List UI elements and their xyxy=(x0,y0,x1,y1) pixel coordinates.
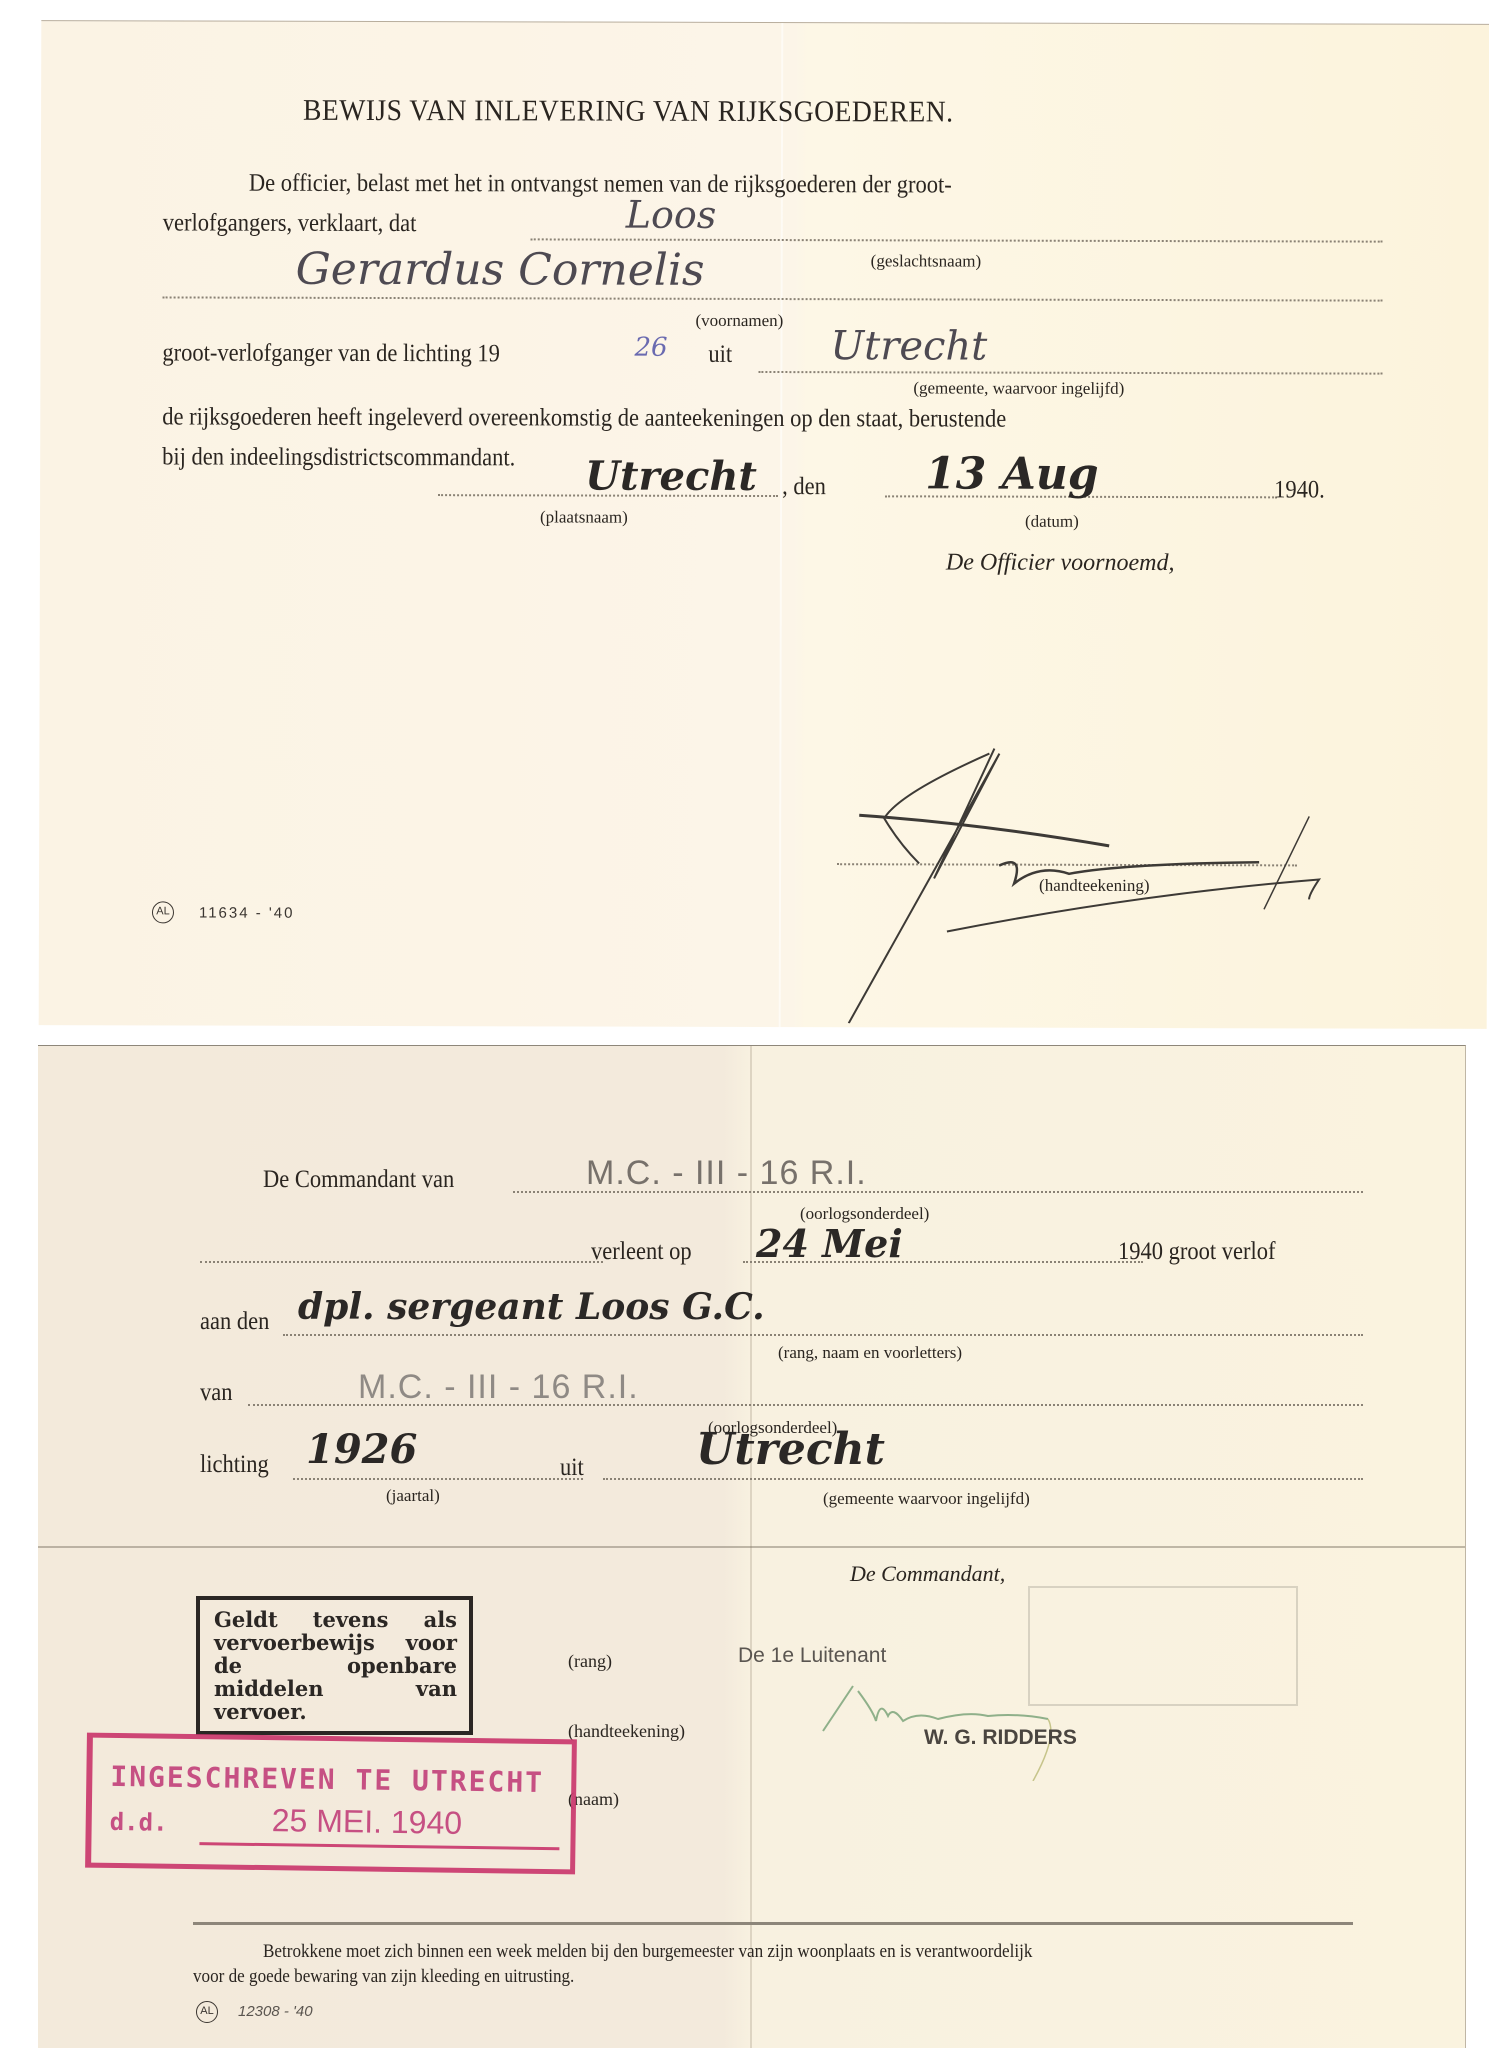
paragraph-word: , den xyxy=(782,473,826,501)
rank-name-field-line xyxy=(283,1334,1363,1336)
paragraph-line: groot-verlofganger van de lichting 19 xyxy=(162,339,499,368)
paragraph-word: uit xyxy=(560,1454,584,1482)
receipt-form-sheet: BEWIJS VAN INLEVERING VAN RIJKSGOEDEREN.… xyxy=(39,20,1489,1029)
unit-stamp-value: M.C. - III - 16 R.I. xyxy=(586,1154,867,1193)
field-label: (rang) xyxy=(568,1651,612,1672)
paragraph-line: verleent op xyxy=(591,1238,692,1266)
gemeente-field-line xyxy=(603,1478,1363,1480)
firstnames-field-line xyxy=(163,296,1383,301)
field-label: (handteekening) xyxy=(568,1721,685,1742)
date-value: 13 Aug xyxy=(925,448,1099,499)
stamp-underline xyxy=(199,1842,559,1850)
gemeente-value: Utrecht xyxy=(696,1424,885,1475)
form-number: 12308 - '40 xyxy=(238,2003,313,2020)
rank-stamp-value: De 1e Luitenant xyxy=(738,1644,886,1668)
firstnames-value: Gerardus Cornelis xyxy=(296,244,705,296)
stamp-date: 25 MEI. 1940 xyxy=(271,1802,462,1842)
field-label: (geslachtsnaam) xyxy=(871,251,982,271)
field-label: (plaatsnaam) xyxy=(540,507,628,527)
gemeente-field-line xyxy=(758,371,1382,375)
paragraph-word: lichting xyxy=(200,1451,269,1479)
surname-field-line xyxy=(531,238,1383,242)
paragraph-line: de rijksgoederen heeft ingeleverd overee… xyxy=(162,403,1006,433)
paragraph-line: 1940 groot verlof xyxy=(1118,1238,1275,1266)
registration-stamp: INGESCHREVEN TE UTRECHT d.d. 25 MEI. 194… xyxy=(85,1733,577,1875)
al-printer-logo-icon: AL xyxy=(152,901,174,923)
paragraph-word: van xyxy=(200,1379,232,1407)
stamp-dd: d.d. xyxy=(110,1808,168,1837)
gemeente-value: Utrecht xyxy=(830,323,987,369)
commander-name-stamp: W. G. RIDDERS xyxy=(924,1726,1077,1750)
field-label: (gemeente waarvoor ingelijfd) xyxy=(823,1489,1030,1509)
field-line xyxy=(200,1261,603,1263)
stamp-line: INGESCHREVEN TE UTRECHT xyxy=(110,1760,544,1799)
from-unit-stamp-value: M.C. - III - 16 R.I. xyxy=(358,1368,639,1407)
paragraph-line: De Commandant van xyxy=(263,1166,454,1194)
form-number: 11634 - '40 xyxy=(199,905,295,922)
paragraph-line: bij den indeelingsdistrictscommandant. xyxy=(162,443,515,472)
field-label: (gemeente, waarvoor ingelijfd) xyxy=(913,378,1124,399)
paragraph-line: verlofgangers, verklaart, dat xyxy=(163,209,417,238)
closing-text: De Officier voornoemd, xyxy=(946,549,1175,577)
al-printer-logo-icon: AL xyxy=(196,2001,218,2023)
year-text: 1940. xyxy=(1274,476,1325,504)
field-label: (handteekening) xyxy=(1039,876,1150,896)
lichting-field-line xyxy=(293,1478,583,1480)
leave-date-value: 24 Mei xyxy=(756,1221,903,1266)
footer-rule xyxy=(193,1922,1353,1925)
rank-name-value: dpl. sergeant Loos G.C. xyxy=(298,1286,765,1328)
footer-text: Betrokkene moet zich binnen een week mel… xyxy=(263,1941,1032,1963)
paragraph-word: uit xyxy=(708,341,732,369)
form-title: BEWIJS VAN INLEVERING VAN RIJKSGOEDEREN. xyxy=(303,94,953,130)
paragraph-line: De officier, belast met het in ontvangst… xyxy=(249,170,952,200)
leave-permit-sheet: De Commandant van M.C. - III - 16 R.I. (… xyxy=(38,1045,1466,2048)
field-label: (jaartal) xyxy=(386,1486,440,1506)
closing-text: De Commandant, xyxy=(850,1561,1005,1587)
lichting-value: 26 xyxy=(634,333,667,363)
paragraph-line: aan den xyxy=(200,1308,269,1336)
field-label: (datum) xyxy=(1025,512,1079,532)
transport-notice-box: Geldt tevens als vervoerbewijs voor de o… xyxy=(196,1596,473,1735)
field-label: (voornamen) xyxy=(696,311,784,331)
footer-text: voor de goede bewaring van zijn kleeding… xyxy=(193,1966,574,1988)
paper-fold xyxy=(38,1546,1465,1548)
surname-value: Loos xyxy=(626,193,717,237)
place-value: Utrecht xyxy=(585,453,757,500)
field-label: (rang, naam en voorletters) xyxy=(778,1343,962,1363)
lichting-value: 1926 xyxy=(306,1426,417,1473)
